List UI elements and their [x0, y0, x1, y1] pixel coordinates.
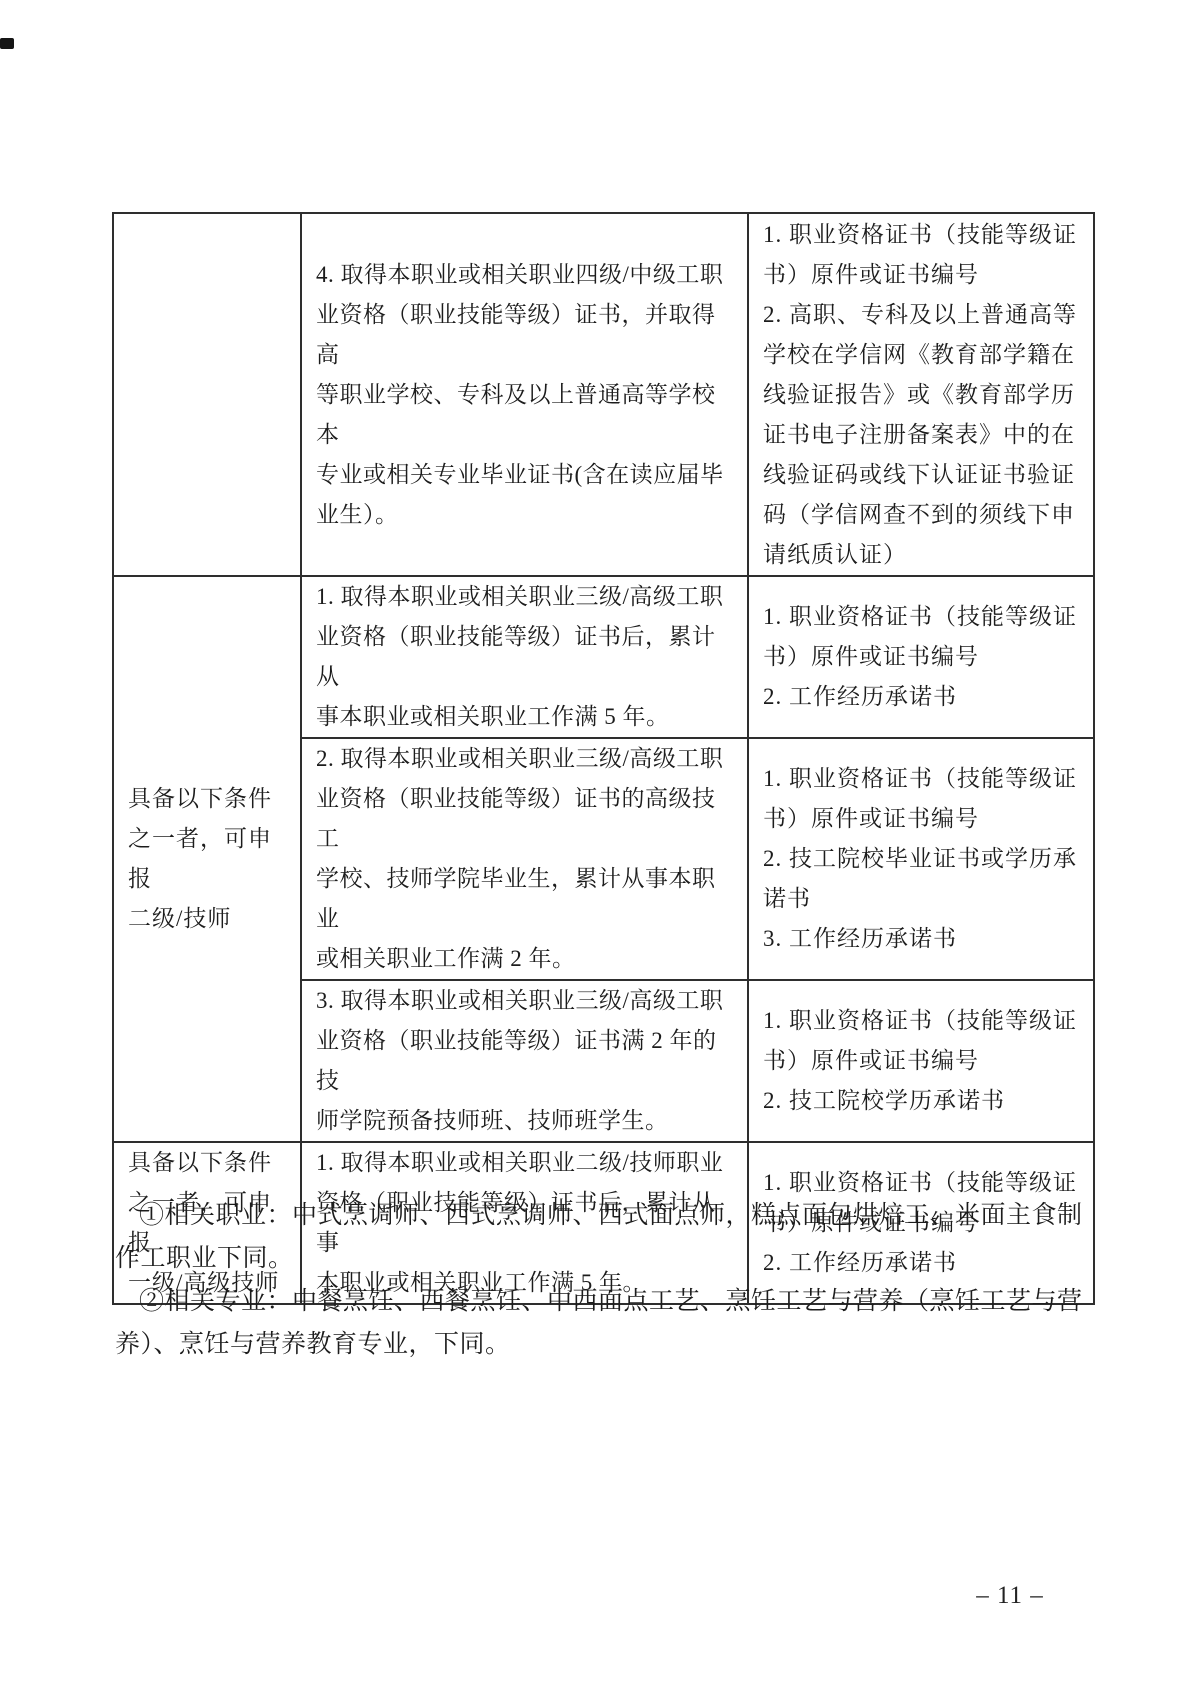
scan-artifact [0, 38, 14, 49]
materials-cell: 1. 职业资格证书（技能等级证 书）原件或证书编号 2. 技工院校毕业证书或学历… [748, 738, 1094, 980]
qualification-table: 4. 取得本职业或相关职业四级/中级工职 业资格（职业技能等级）证书，并取得高 … [112, 212, 1095, 1305]
materials-cell: 1. 职业资格证书（技能等级证 书）原件或证书编号 2. 高职、专科及以上普通高… [748, 213, 1094, 576]
condition-cell: 1. 取得本职业或相关职业三级/高级工职 业资格（职业技能等级）证书后，累计从 … [301, 576, 748, 738]
condition-cell: 3. 取得本职业或相关职业三级/高级工职 业资格（职业技能等级）证书满 2 年的… [301, 980, 748, 1142]
footnote-related-occupations: ①相关职业：中式烹调师、西式烹调师、西式面点师，糕点面包烘焙工、米面主食制 作工… [115, 1194, 1087, 1280]
materials-cell: 1. 职业资格证书（技能等级证 书）原件或证书编号 2. 技工院校学历承诺书 [748, 980, 1094, 1142]
page-number: – 11 – [880, 1582, 1140, 1610]
footnote-related-majors: ②相关专业：中餐烹饪、西餐烹饪、中西面点工艺、烹饪工艺与营养（烹饪工艺与营 养）… [115, 1280, 1087, 1366]
condition-cell: 2. 取得本职业或相关职业三级/高级工职 业资格（职业技能等级）证书的高级技工 … [301, 738, 748, 980]
materials-cell: 1. 职业资格证书（技能等级证 书）原件或证书编号 2. 工作经历承诺书 [748, 576, 1094, 738]
table-row: 4. 取得本职业或相关职业四级/中级工职 业资格（职业技能等级）证书，并取得高 … [113, 213, 1094, 576]
applicant-level-cell-empty [113, 213, 301, 576]
applicant-level-cell: 具备以下条件 之一者，可申报 二级/技师 [113, 576, 301, 1142]
footnotes: ①相关职业：中式烹调师、西式烹调师、西式面点师，糕点面包烘焙工、米面主食制 作工… [115, 1194, 1087, 1366]
document-page: 4. 取得本职业或相关职业四级/中级工职 业资格（职业技能等级）证书，并取得高 … [0, 0, 1200, 1697]
table-row: 具备以下条件 之一者，可申报 二级/技师 1. 取得本职业或相关职业三级/高级工… [113, 576, 1094, 738]
condition-cell: 4. 取得本职业或相关职业四级/中级工职 业资格（职业技能等级）证书，并取得高 … [301, 213, 748, 576]
